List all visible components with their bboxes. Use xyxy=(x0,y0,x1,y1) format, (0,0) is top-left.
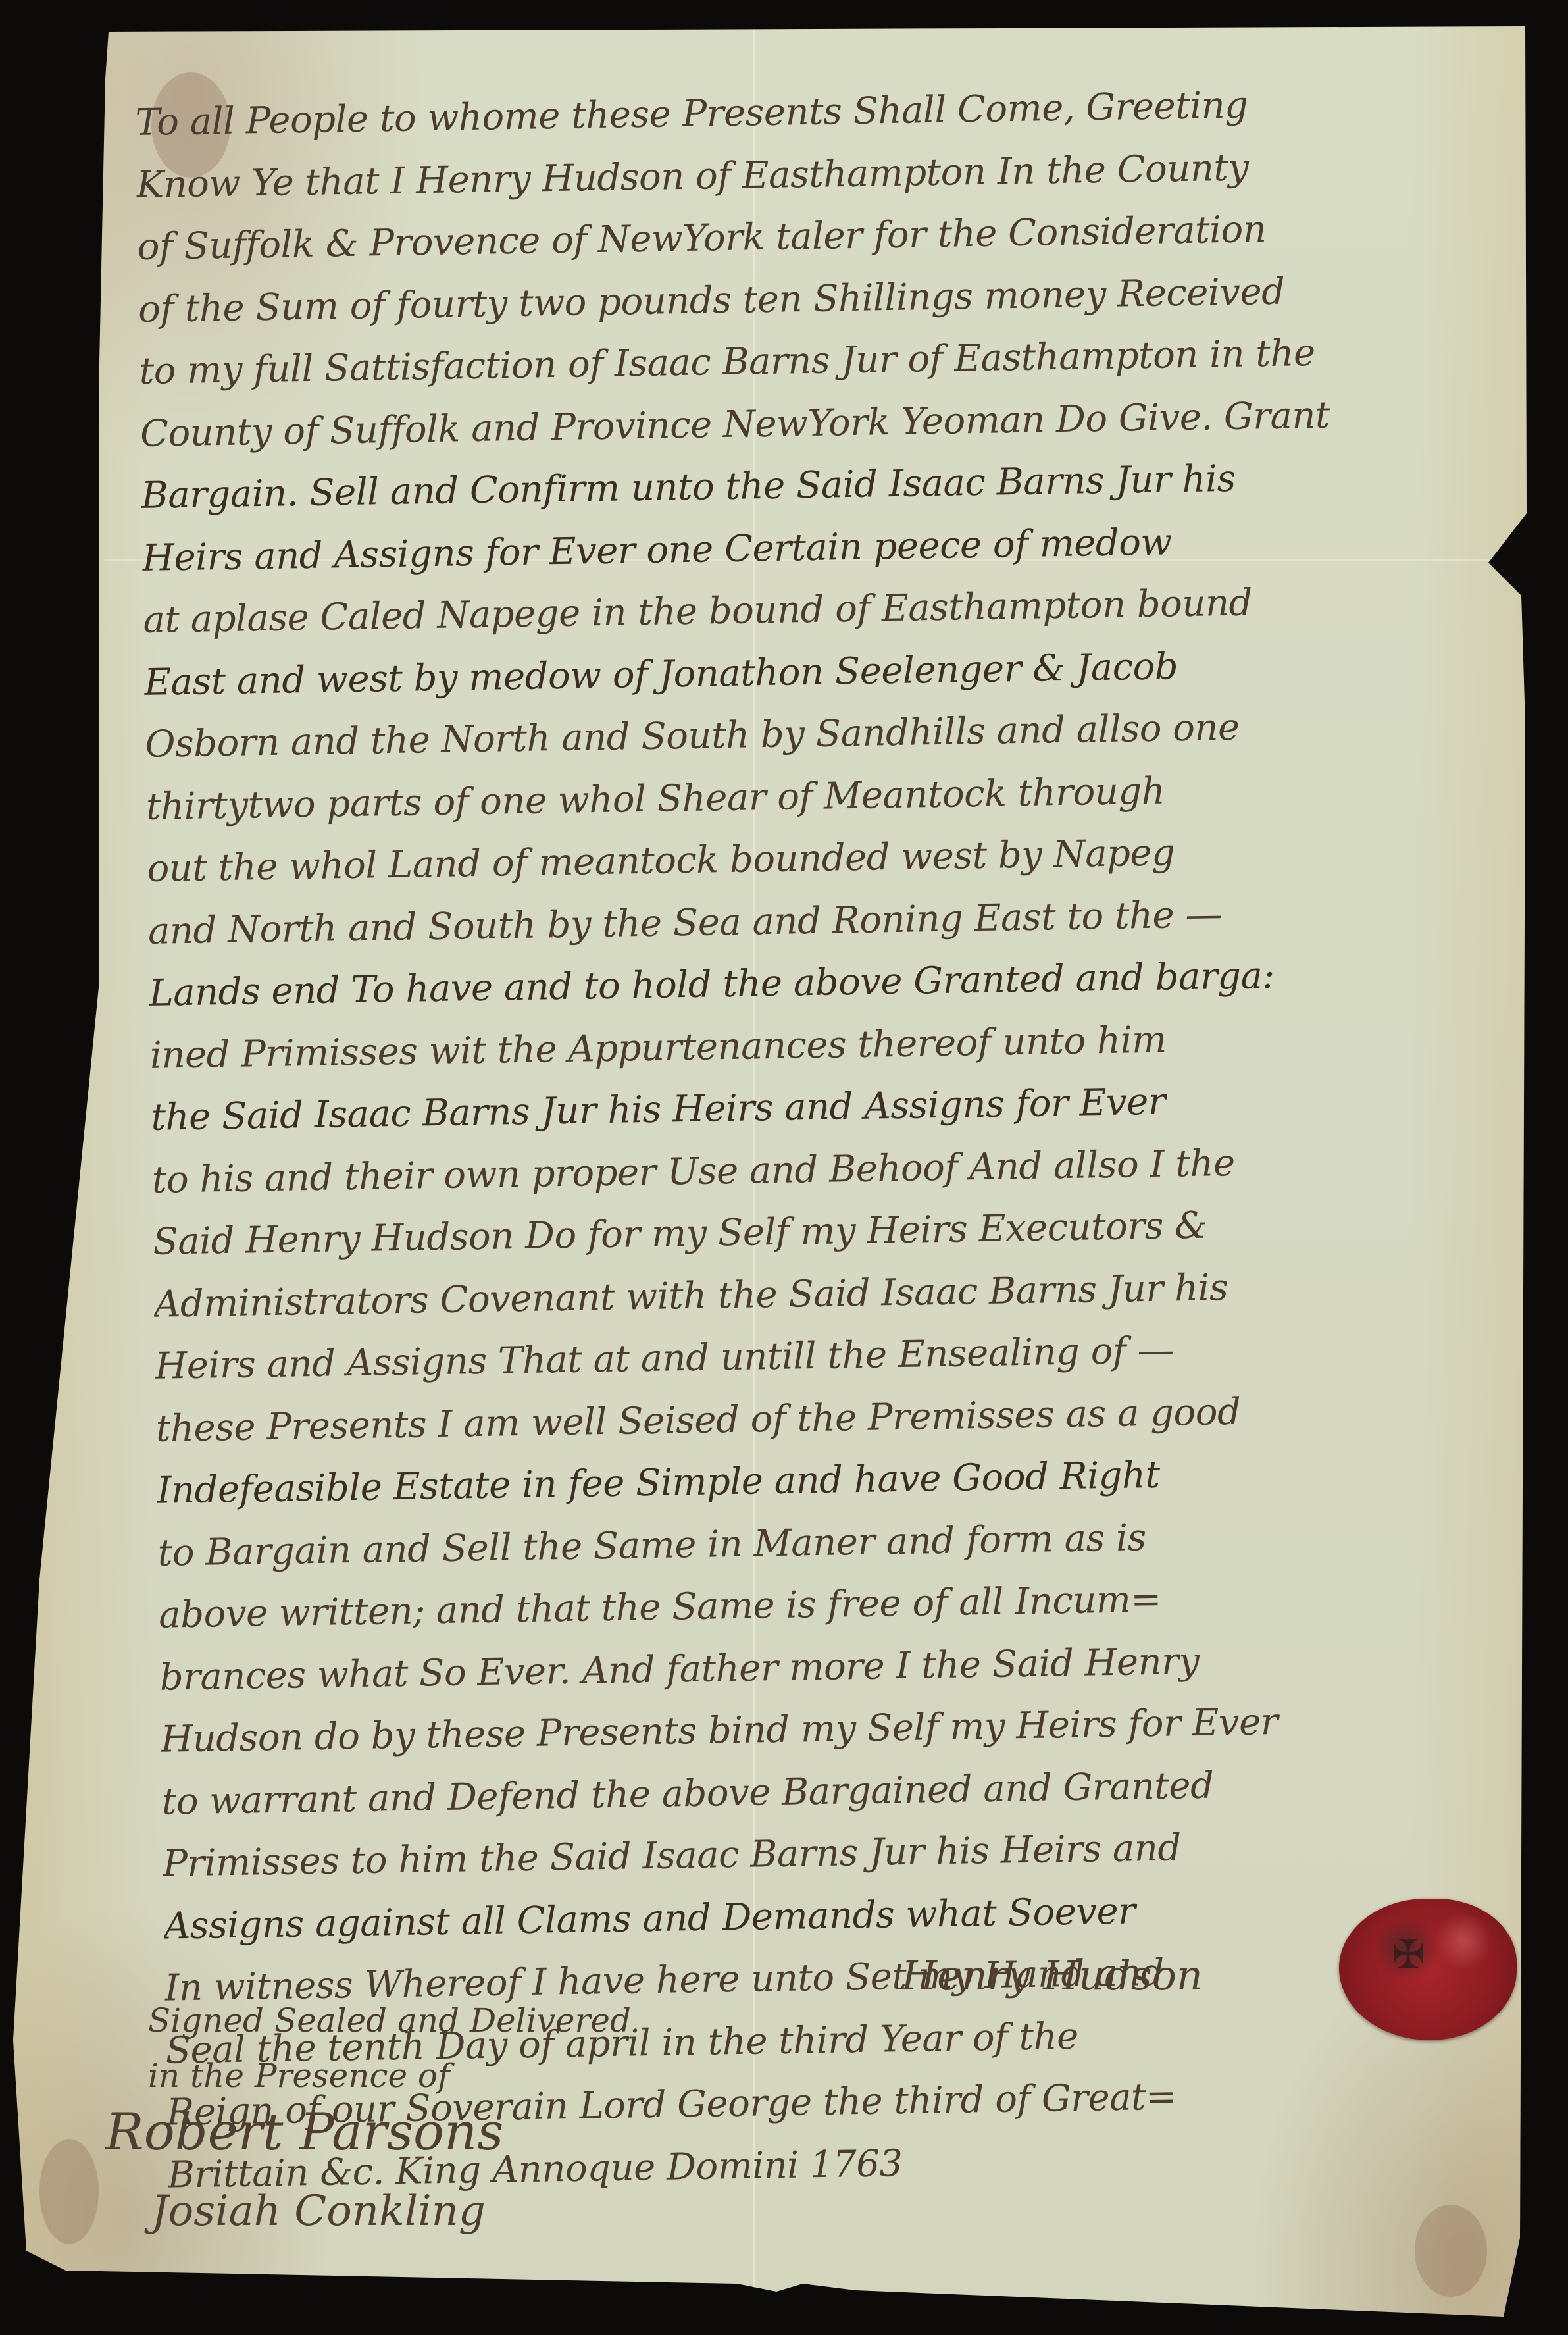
witness-signatures: Robert Parsons Josiah Conkling xyxy=(105,2093,503,2251)
water-stain xyxy=(39,2139,99,2244)
grantor-signature: Henry Hudson xyxy=(901,1951,1203,1999)
witness-signature: Robert Parsons xyxy=(105,2093,503,2172)
attestation-line: Signed Sealed and Delivered xyxy=(148,1993,631,2048)
seal-impression: ✠ xyxy=(1392,1928,1438,1981)
water-stain xyxy=(1415,2205,1487,2297)
witness-signature: Josiah Conkling xyxy=(105,2172,503,2251)
attestation-clause: Signed Sealed and Delivered in the Prese… xyxy=(148,1993,631,2103)
deed-body-text: To all People to whome these Presents Sh… xyxy=(135,70,1556,2207)
wax-seal-icon: ✠ xyxy=(1339,1899,1517,2040)
